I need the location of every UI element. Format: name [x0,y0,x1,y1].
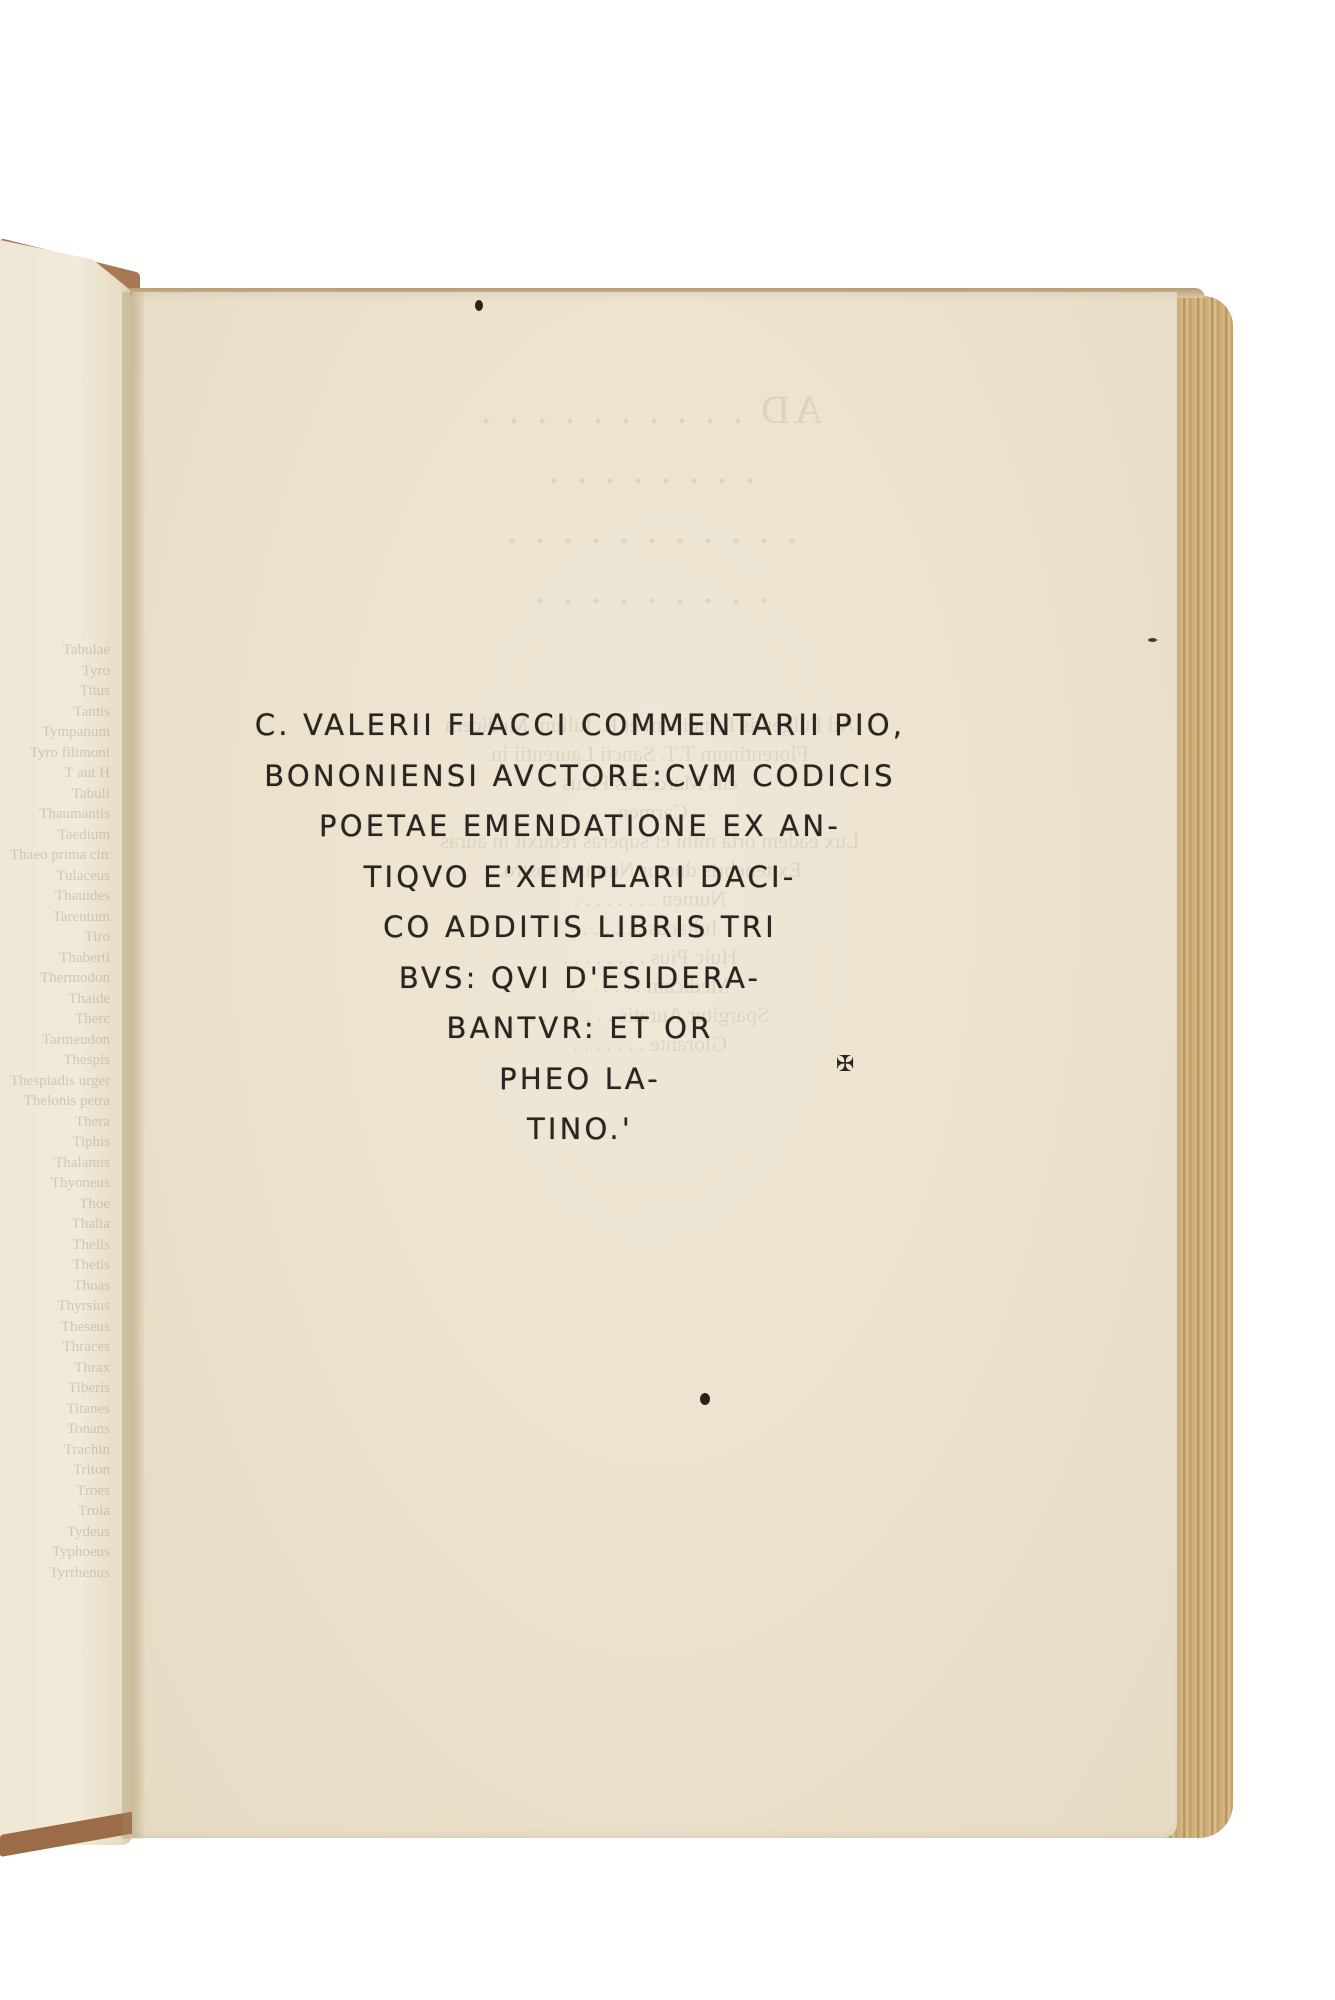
left-index-entry: Thoe [10,1194,110,1215]
left-index-entry: Tabulae [10,640,110,661]
left-index-entry: Thaeo prima cinxi [10,845,110,866]
left-index-entry: Thespis [10,1050,110,1071]
title-line-1: C. VALERII FLACCI COMMENTARII PIO, [200,700,960,751]
left-index-entry: Tiphis [10,1132,110,1153]
wormhole-top [475,300,483,311]
left-index-entry: Troes [10,1481,110,1502]
title-line-5: CO ADDITIS LIBRIS TRI [200,902,960,953]
left-index-entry: Thrax [10,1358,110,1379]
left-index-entry: Thraces [10,1337,110,1358]
left-page-index-showthrough: TabulaeTyroTitusTantisTympanumTyro filim… [10,640,110,1583]
showthrough-heading-3: . . . . . . . . . . . [200,500,1100,560]
title-line-2: BONONIENSI AVCTORE:CVM CODICIS [200,751,960,802]
left-index-entry: Thalia [10,1214,110,1235]
title-line-7: BANTVR: ET OR [200,1003,960,1054]
left-index-entry: T aut H [10,763,110,784]
left-index-entry: Thyoneus [10,1173,110,1194]
left-index-entry: Thaumantis [10,804,110,825]
left-index-entry: Titanes [10,1399,110,1420]
left-index-entry: Tantis [10,702,110,723]
left-index-entry: Thelis [10,1235,110,1256]
left-index-entry: Thauides [10,886,110,907]
left-index-entry: Therc [10,1009,110,1030]
title-line-3: POETAE EMENDATIONE EX AN- [200,801,960,852]
ink-mark [1148,638,1157,642]
wormhole-bottom [700,1393,710,1405]
left-index-entry: Tulaceus [10,866,110,887]
left-index-entry: Tyrrhenus [10,1563,110,1584]
left-index-entry: Tabuli [10,784,110,805]
title-block: C. VALERII FLACCI COMMENTARII PIO, BONON… [200,700,960,1155]
left-index-entry: Thespiadis urgens [10,1071,110,1092]
left-index-entry: Triton [10,1460,110,1481]
cross-ornament-icon: ✠ [836,1054,854,1076]
title-line-9: TINO.' [200,1104,960,1155]
left-index-entry: Titus [10,681,110,702]
title-line-4: TIQVO E'XEMPLARI DACI- [200,852,960,903]
left-index-entry: Tarmeudon [10,1030,110,1051]
left-index-entry: Thermodon [10,968,110,989]
left-index-entry: Trachin [10,1440,110,1461]
left-index-entry: Tonans [10,1419,110,1440]
left-index-entry: Thera [10,1112,110,1133]
title-line-6: BVS: QVI D'ESIDERA- [200,953,960,1004]
left-index-entry: Theseus [10,1317,110,1338]
left-index-entry: Tarentum [10,907,110,928]
showthrough-heading-2: . . . . . . . . [200,440,1100,500]
gutter-shadow [122,292,144,1839]
left-index-entry: Taedium [10,825,110,846]
left-index-entry: Typhoeus [10,1542,110,1563]
left-index-entry: Thaberti [10,948,110,969]
left-page: TabulaeTyroTitusTantisTympanumTyro filim… [0,240,132,1845]
left-index-entry: Tiro [10,927,110,948]
left-index-entry: Thyrsius [10,1296,110,1317]
left-index-entry: Tyro filimoni [10,743,110,764]
left-index-entry: Thetis [10,1255,110,1276]
left-index-entry: Thelonis petra [10,1091,110,1112]
left-index-entry: Thalamis [10,1153,110,1174]
left-index-entry: Thoas [10,1276,110,1297]
left-index-entry: Tyro [10,661,110,682]
showthrough-heading-4: . . . . . . . . . [200,560,1100,620]
left-index-entry: Tympanum [10,722,110,743]
showthrough-heading-1: AD . . . . . . . . . . [200,380,1100,440]
left-index-entry: Troia [10,1501,110,1522]
left-index-entry: Thaide [10,989,110,1010]
left-index-entry: Tydeus [10,1522,110,1543]
left-index-entry: Tiberis [10,1378,110,1399]
book-photograph: TabulaeTyroTitusTantisTympanumTyro filim… [0,0,1335,2000]
